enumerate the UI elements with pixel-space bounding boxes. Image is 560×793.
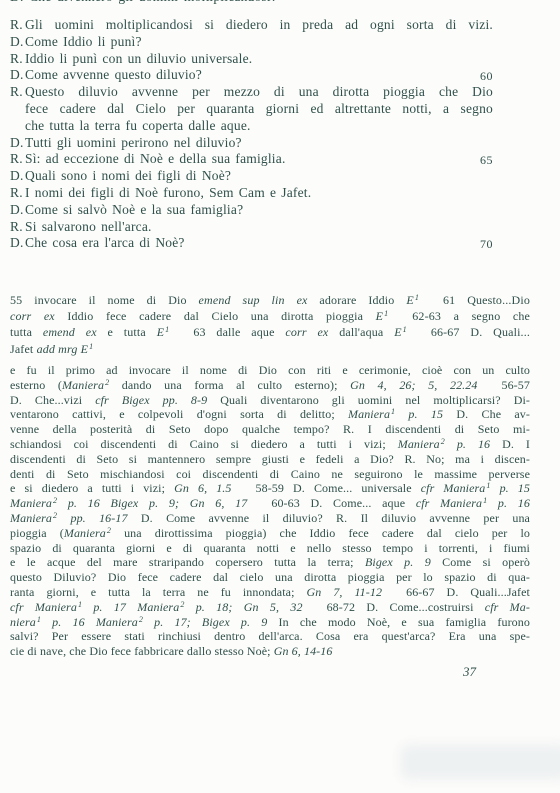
text-run: venne della posterità di Seto dopo qualc… [10,422,530,436]
commentary-line: venne della posterità di Seto dopo qualc… [10,422,530,437]
text-run: corr ex [10,309,55,323]
text-run: 56-57 [501,378,530,392]
speaker-label: D. [10,235,24,252]
dialogue-text: Che cosa era l'arca di Noè? [25,235,185,250]
text-run: E [394,325,401,339]
text-run: 2 [441,437,445,446]
text-run: dando una forma al culto esterno); [109,378,350,392]
dialogue-text: fece cadere dal Cielo per quaranta giorn… [25,101,493,116]
text-run: 1 [415,293,419,302]
commentary-line: questo Diluvio? Dio fece cadere dal ciel… [10,570,530,585]
dialogue-text: Gli uomini moltiplicandosi si diedero in… [25,17,493,32]
text-run: E [81,342,88,356]
dialogue-line: R.Iddio li punì con un diluvio universal… [10,51,493,68]
text-run: D. Che av- [443,407,530,421]
dialogue-line: R.Questo diluvio avvenne per mezzo di un… [10,84,493,101]
speaker-label: D. [10,34,24,51]
dialogue-line: R.I nomi dei figli di Noè furono, Sem Ca… [10,185,493,202]
text-run: Come si operò [431,555,530,569]
text-run [143,615,154,629]
text-run: p. 17 Maniera [93,600,179,614]
dialogue-text: che tutta la terra fu coperta dalle aque… [25,118,251,133]
dialogue-line: D.Tutti gli uomini perirono nel diluvio? [10,135,493,152]
text-run: p. 15 [500,481,530,495]
text-run [57,496,68,510]
text-run: Maniera [62,378,104,392]
text-run [57,511,70,525]
text-run: cfr Maniera [10,600,77,614]
dialogue-text: Questo diluvio avvenne per mezzo di una … [25,84,493,99]
page-number: 37 [463,664,476,680]
dialogue-text: Si salvarono nell'arca. [25,219,152,234]
text-run: 2 [53,496,57,505]
text-run: cfr Bigex pp. 8-9 [95,393,207,407]
commentary-line: spazio di quaranta giorni e di quaranta … [10,541,530,556]
text-run: Quali diventarono gli uomini nel moltipl… [207,393,530,407]
apparatus-line: tutta emend ex e tutta E163 dalle aque c… [10,324,530,340]
text-run: p. 16 [498,496,530,510]
commentary-line: D. Che...vizi cfr Bigex pp. 8-9 Quali di… [10,393,530,408]
text-run: p. 15 [408,407,443,421]
text-run [395,407,408,421]
commentary-line: denti di Seto mischiandosi coi discenden… [10,467,530,482]
dialogue-line: D.Come Iddio li punì? [10,34,493,51]
text-run [184,600,195,614]
commentary-line: niera1 p. 16 Maniera2 p. 17; Bigex p. 9 … [10,615,530,630]
dialogue-line: D.Quali sono i nomi dei figli di Noè? [10,168,493,185]
text-run: E [157,325,164,339]
text-run: 63 dalle aque [193,325,285,339]
text-run: dall'aqua [328,325,394,339]
text-run: 1 [78,600,82,609]
dialogue-text: Iddio li punì con un diluvio universale. [25,51,252,66]
text-run: p. 16 [457,437,490,451]
commentary-line: cfr Maniera1 p. 17 Maniera2 p. 18; Gn 5,… [10,600,530,615]
dialogue-line: R.Gli uomini moltiplicandosi si diedero … [10,17,493,34]
text-run: add mrg [37,342,78,356]
text-run: Iddio fece cadere dal Cielo una dirotta … [55,309,376,323]
text-run: e tutta [97,325,157,339]
speaker-label: R. [10,151,23,168]
text-run: 60-63 D. Come... aque [271,496,415,510]
text-run: D. I [490,437,530,451]
speaker-label: R. [10,185,23,202]
text-run: questo Diluvio? Dio fece cadere dal ciel… [10,570,530,584]
clipped-top-line-text: D. Che divennero gli uomini moltiplicand… [10,0,493,6]
text-run: ventarono cattivi, e colpevoli d'ogni so… [10,407,348,421]
critical-apparatus: 55 invocare il nome di Dio emend sup lin… [10,292,530,357]
margin-line-number: 70 [480,236,493,253]
text-run: 2 [139,615,143,624]
text-run: p. 18; Gn 5, 32 [196,600,303,614]
text-run: e fu il primo ad invocare il nome di Dio… [10,363,530,377]
apparatus-line: corr ex Iddio fece cadere dal Cielo una … [10,308,530,324]
text-run: cfr Maniera [416,496,482,510]
text-run: pioggia ( [10,526,64,540]
text-run [491,481,500,495]
speaker-label: R. [10,51,23,68]
text-run: 68-72 D. Come...costruirsi [327,600,485,614]
text-run: Jafet [10,342,37,356]
text-run: salvi? Per essere stati rinchiusi dentro… [10,629,530,643]
text-run: pp. 16-17 [70,511,127,525]
text-run [487,496,498,510]
text-run: denti di Seto mischiandosi coi discenden… [10,467,530,481]
text-run: niera [10,615,36,629]
text-run: 55 invocare il nome di Dio [10,293,199,307]
text-run: p. 17; Bigex p. 9 [154,615,267,629]
dialogue-text: Quali sono i nomi dei figli di Noè? [25,168,231,183]
text-run: Maniera [10,511,52,525]
dialogue-text: Come avvenne questo diluvio? [25,67,202,82]
text-run: 58-59 D. Come... universale [256,481,421,495]
commentary-line: e si diedero a tutti i vizi; Gn 6, 1.558… [10,481,530,496]
text-run: una dirottissima pioggia) che Iddio fece… [111,526,530,540]
text-run: cfr Ma- [485,600,530,614]
text-run [41,615,52,629]
commentary-line: schiandosi coi discendenti di Caino si d… [10,437,530,452]
commentary-line: ranta giorni, e tutta la terra ne fu inn… [10,585,530,600]
speaker-label: D. [10,67,24,84]
dialogue-text: Sì: ad eccezione di Noè e della sua fami… [25,151,286,166]
text-run: In che modo Noè, e sua famiglia furono [267,615,530,629]
text-run: 1 [391,407,395,416]
dialogue-line: D.Che cosa era l'arca di Noè?70 [10,235,493,252]
text-run: 1 [89,342,93,351]
text-run: Bigex p. 9 [365,555,431,569]
text-run: esterno ( [10,378,62,392]
dialogue-text: I nomi dei figli di Noè furono, Sem Cam … [25,185,311,200]
text-run: Maniera [348,407,390,421]
text-run: 1 [165,325,169,334]
text-run: E [406,293,413,307]
dialogue-block: R.Gli uomini moltiplicandosi si diedero … [10,17,493,252]
speaker-label: D. [10,202,24,219]
dialogue-line: D.Come si salvò Noè e la sua famiglia? [10,202,493,219]
text-run: 2 [107,526,111,535]
speaker-label: D. [10,135,24,152]
text-run: cie di nave, che Dio fece fabbricare dal… [10,644,274,658]
text-run: 2 [105,378,109,387]
text-run: schiandosi coi discendenti di Caino si d… [10,437,398,451]
commentary-notes: e fu il primo ad invocare il nome di Dio… [10,363,530,659]
dialogue-line: che tutta la terra fu coperta dalle aque… [10,118,493,135]
text-run: D. Come avvenne il diluvio? R. Il diluvi… [128,511,530,525]
margin-line-number: 60 [480,68,493,85]
dialogue-line: R.Si salvarono nell'arca. [10,219,493,236]
speaker-label: R. [10,84,23,101]
text-run: Gn 4, 26; 5, 22.24 [350,378,477,392]
commentary-line: e le acque del mare straripando coperser… [10,555,530,570]
speaker-label: R. [10,17,23,34]
text-run: 1 [37,615,41,624]
text-run: Maniera [398,437,440,451]
text-run: Gn 7, 11-12 [306,585,382,599]
scan-shadow-artifact [400,744,560,780]
speaker-label: D. [10,168,24,185]
text-run: E [376,309,383,323]
clipped-top-line: D. Che divennero gli uomini moltiplicand… [10,0,493,10]
text-run: 62-63 a segno che [412,309,530,323]
text-run: Maniera [10,496,52,510]
text-run: spazio di quaranta giorni e di quaranta … [10,541,530,555]
dialogue-line: R.Sì: ad eccezione di Noè e della sua fa… [10,151,493,168]
text-run: D. Che...vizi [10,393,95,407]
text-run: 66-67 D. Quali... [431,325,530,339]
text-run: 61 Questo...Dio [443,293,530,307]
text-run: 2 [180,600,184,609]
commentary-line: ventarono cattivi, e colpevoli d'ogni so… [10,407,530,422]
text-run: 2 [53,511,57,520]
text-run: Gn 6, 1.5 [174,481,231,495]
commentary-line: e fu il primo ad invocare il nome di Dio… [10,363,530,378]
text-run: discendenti di Seto si mantennero sempre… [10,452,530,466]
text-run: Maniera [64,526,106,540]
dialogue-line: fece cadere dal Cielo per quaranta giorn… [10,101,493,118]
commentary-line: salvi? Per essere stati rinchiusi dentro… [10,629,530,644]
commentary-line: cie di nave, che Dio fece fabbricare dal… [10,644,530,659]
text-run: ranta giorni, e tutta la terra ne fu inn… [10,585,306,599]
text-run: cfr Maniera [421,481,486,495]
text-run: adorare Iddio [308,293,407,307]
commentary-line: discendenti di Seto si mantennero sempre… [10,452,530,467]
text-run: p. 16 Bigex p. 9; Gn 6, 17 [68,496,248,510]
margin-line-number: 65 [480,152,493,169]
text-run [445,437,457,451]
text-run: p. 16 Maniera [52,615,138,629]
commentary-line: Maniera2 p. 16 Bigex p. 9; Gn 6, 1760-63… [10,496,530,511]
text-run: 1 [403,325,407,334]
text-run: 1 [483,496,487,505]
text-run: emend ex [43,325,97,339]
text-run [82,600,93,614]
text-run: emend sup lin ex [199,293,308,307]
text-run: Gn 6, 14-16 [274,644,333,658]
text-run: 66-67 D. Quali...Jafet [406,585,530,599]
text-run: 1 [486,481,490,490]
text-run: e si diedero a tutti i vizi; [10,481,174,495]
commentary-line: pioggia (Maniera2 una dirottissima piogg… [10,526,530,541]
apparatus-line: 55 invocare il nome di Dio emend sup lin… [10,292,530,308]
dialogue-text: Tutti gli uomini perirono nel diluvio? [25,135,242,150]
book-page: D. Che divennero gli uomini moltiplicand… [0,0,560,793]
text-run: corr ex [285,325,328,339]
commentary-line: Maniera2 pp. 16-17 D. Come avvenne il di… [10,511,530,526]
dialogue-line: D.Come avvenne questo diluvio?60 [10,67,493,84]
apparatus-line: Jafet add mrg E1 [10,341,530,357]
dialogue-text: Come si salvò Noè e la sua famiglia? [25,202,243,217]
speaker-label: R. [10,219,23,236]
text-run: 1 [384,309,388,318]
commentary-line: esterno (Maniera2 dando una forma al cul… [10,378,530,393]
text-run: e le acque del mare straripando coperser… [10,555,365,569]
text-run: tutta [10,325,43,339]
dialogue-text: Come Iddio li punì? [25,34,142,49]
